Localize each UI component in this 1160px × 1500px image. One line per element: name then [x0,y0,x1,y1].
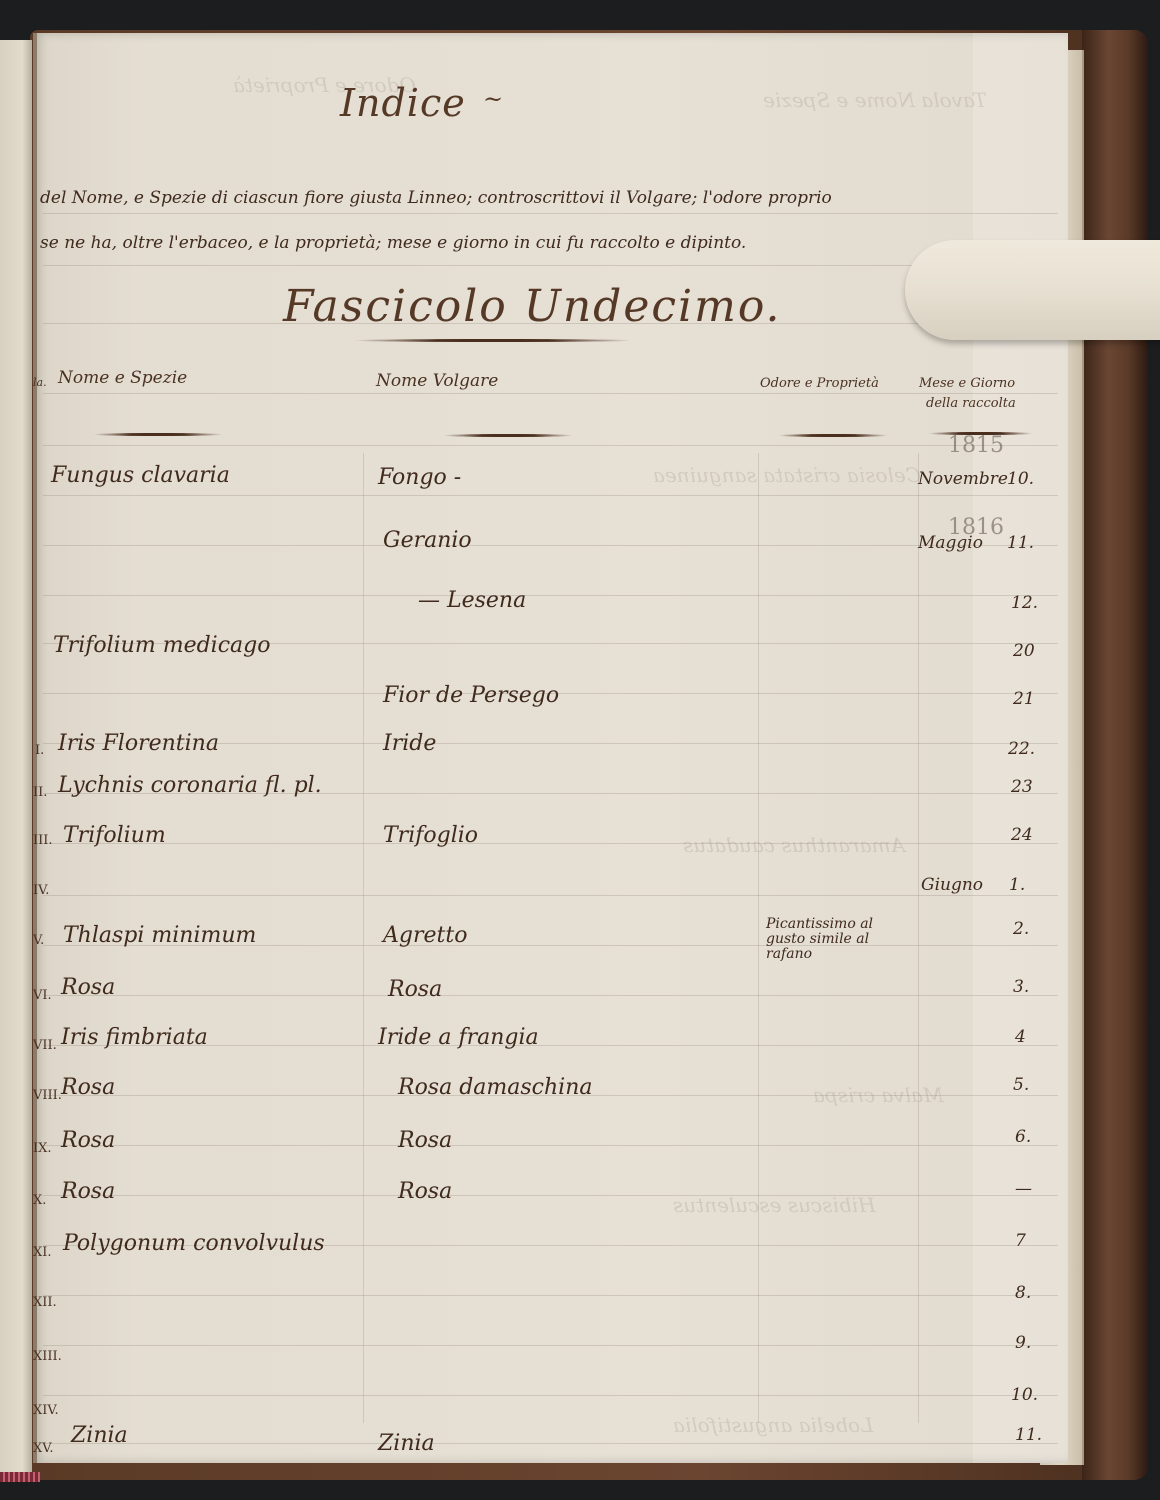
harvest-month: Giugno [921,875,983,895]
harvest-day: 10. [1007,469,1034,489]
bleed-through-text: Lobelia angustifolia [673,1413,873,1437]
species-name: Thlaspi minimum [63,923,256,948]
header-common-name: Nome Volgare [376,371,498,391]
species-name: Iris fimbriata [61,1025,208,1050]
plate-numeral: II. [33,785,47,800]
header-month-day-sub: della raccolta [926,396,1016,411]
plate-numeral: IV. [33,883,49,898]
plate-numeral: XII. [33,1295,57,1310]
bleed-through-text: Amaranthus caudatus [683,833,905,857]
year-1815: 1815 [948,433,1004,458]
harvest-day: 11. [1007,533,1034,553]
harvest-day: 24 [1011,825,1033,845]
plate-numeral: IX. [33,1141,52,1156]
intro-line-2: se ne ha, oltre l'erbaceo, e la propriet… [40,233,746,253]
common-name: Geranio [383,528,472,553]
harvest-day: 5. [1013,1075,1029,1095]
species-name: Trifolium medicago [53,633,270,658]
species-name: Trifolium [63,823,166,848]
species-name: Rosa [61,1128,115,1153]
harvest-day: 21 [1013,689,1035,709]
harvest-day: 6. [1015,1127,1031,1147]
harvest-day: 12. [1011,593,1038,613]
common-name: Rosa [398,1128,452,1153]
species-name: Rosa [61,975,115,1000]
common-name: Iride [383,731,436,756]
plate-numeral: III. [33,833,53,848]
harvest-month: Novembre [918,469,1008,489]
ruled-line [43,1443,1058,1444]
ruled-line [43,545,1058,546]
harvest-day: 2. [1013,919,1029,939]
plate-numeral: XIII. [33,1349,62,1364]
ruled-line [43,445,1058,446]
section-title: Fascicolo Undecimo. [283,281,782,332]
common-name: Rosa [398,1179,452,1204]
ruled-line [43,1295,1058,1296]
bleed-through-text: Celosia cristata sanguinea [653,463,921,487]
harvest-day: 22. [1008,739,1035,759]
ruled-line [43,1395,1058,1396]
common-name: Zinia [378,1431,435,1456]
common-name: — Lesena [418,588,526,613]
harvest-day: 3. [1013,977,1029,997]
header-dash [93,433,223,436]
ruled-line [43,995,1058,996]
column-rule [758,453,759,1423]
ruled-line [43,1195,1058,1196]
header-number: la. [33,371,47,391]
harvest-month: Maggio [918,533,983,553]
harvest-day: 23 [1011,777,1033,797]
odor-property: Picantissimo al gusto simile al rafano [766,917,906,962]
bone-folder [905,240,1160,340]
harvest-day: 20 [1013,641,1035,661]
plate-numeral: XI. [33,1245,52,1260]
species-name: Rosa [61,1075,115,1100]
plate-numeral: I. [35,743,44,758]
header-dash [778,434,888,437]
bleed-through-text: Malva crispa [813,1083,944,1107]
column-rule [363,453,364,1423]
ruled-line [43,495,1058,496]
plate-numeral: V. [33,933,44,948]
intro-line-1: del Nome, e Spezie di ciascun fiore gius… [40,188,832,208]
harvest-day: 11. [1015,1425,1042,1445]
column-rule [918,453,919,1423]
species-name: Fungus clavaria [51,463,230,488]
title-flourish: ~ [483,85,504,113]
common-name: Iride a frangia [378,1025,539,1050]
manuscript-page: Tavola Nome e Spezie Odore e Proprietà C… [33,33,1068,1463]
harvest-day: 1. [1009,875,1025,895]
species-name: Iris Florentina [58,731,219,756]
header-month-day: Mese e Giorno [919,376,1015,391]
common-name: Agretto [383,923,467,948]
plate-numeral: VII. [33,1038,57,1053]
ruled-line [43,595,1058,596]
common-name: Fior de Persego [383,683,559,708]
harvest-day: 8. [1015,1283,1031,1303]
title-underline [353,339,633,342]
harvest-day: 9. [1015,1333,1031,1353]
common-name: Trifoglio [383,823,478,848]
harvest-day: — [1015,1179,1032,1199]
headband [0,1472,40,1482]
header-dash [443,434,573,437]
plate-numeral: VIII. [33,1088,62,1103]
species-name: Rosa [61,1179,115,1204]
plate-numeral: XV. [33,1441,54,1456]
plate-numeral: VI. [33,988,52,1003]
ruled-line [43,1345,1058,1346]
species-name: Lychnis coronaria fl. pl. [58,773,322,798]
ruled-line [43,1145,1058,1146]
common-name: Rosa [388,977,442,1002]
species-name: Zinia [71,1423,128,1448]
ruled-line [43,265,1058,266]
page-title: Indice [340,81,466,125]
ruled-line [43,393,1058,394]
ruled-line [43,213,1058,214]
ruled-line [43,895,1058,896]
harvest-day: 10. [1011,1385,1038,1405]
plate-numeral: X. [33,1193,46,1208]
common-name: Fongo - [378,465,461,490]
harvest-day: 4 [1015,1027,1026,1047]
left-page-edge [0,40,32,1472]
species-name: Polygonum convolvulus [63,1231,325,1256]
header-odor-property: Odore e Proprietà [760,376,879,391]
common-name: Rosa damaschina [398,1075,593,1100]
harvest-day: 7 [1015,1231,1026,1251]
bleed-through-text: Tavola Nome e Spezie [763,88,987,112]
bleed-through-text: Hibiscus esculentus [673,1193,875,1217]
plate-numeral: XIV. [33,1403,59,1418]
header-name-species: Nome e Spezie [58,368,187,388]
ruled-line [43,843,1058,844]
